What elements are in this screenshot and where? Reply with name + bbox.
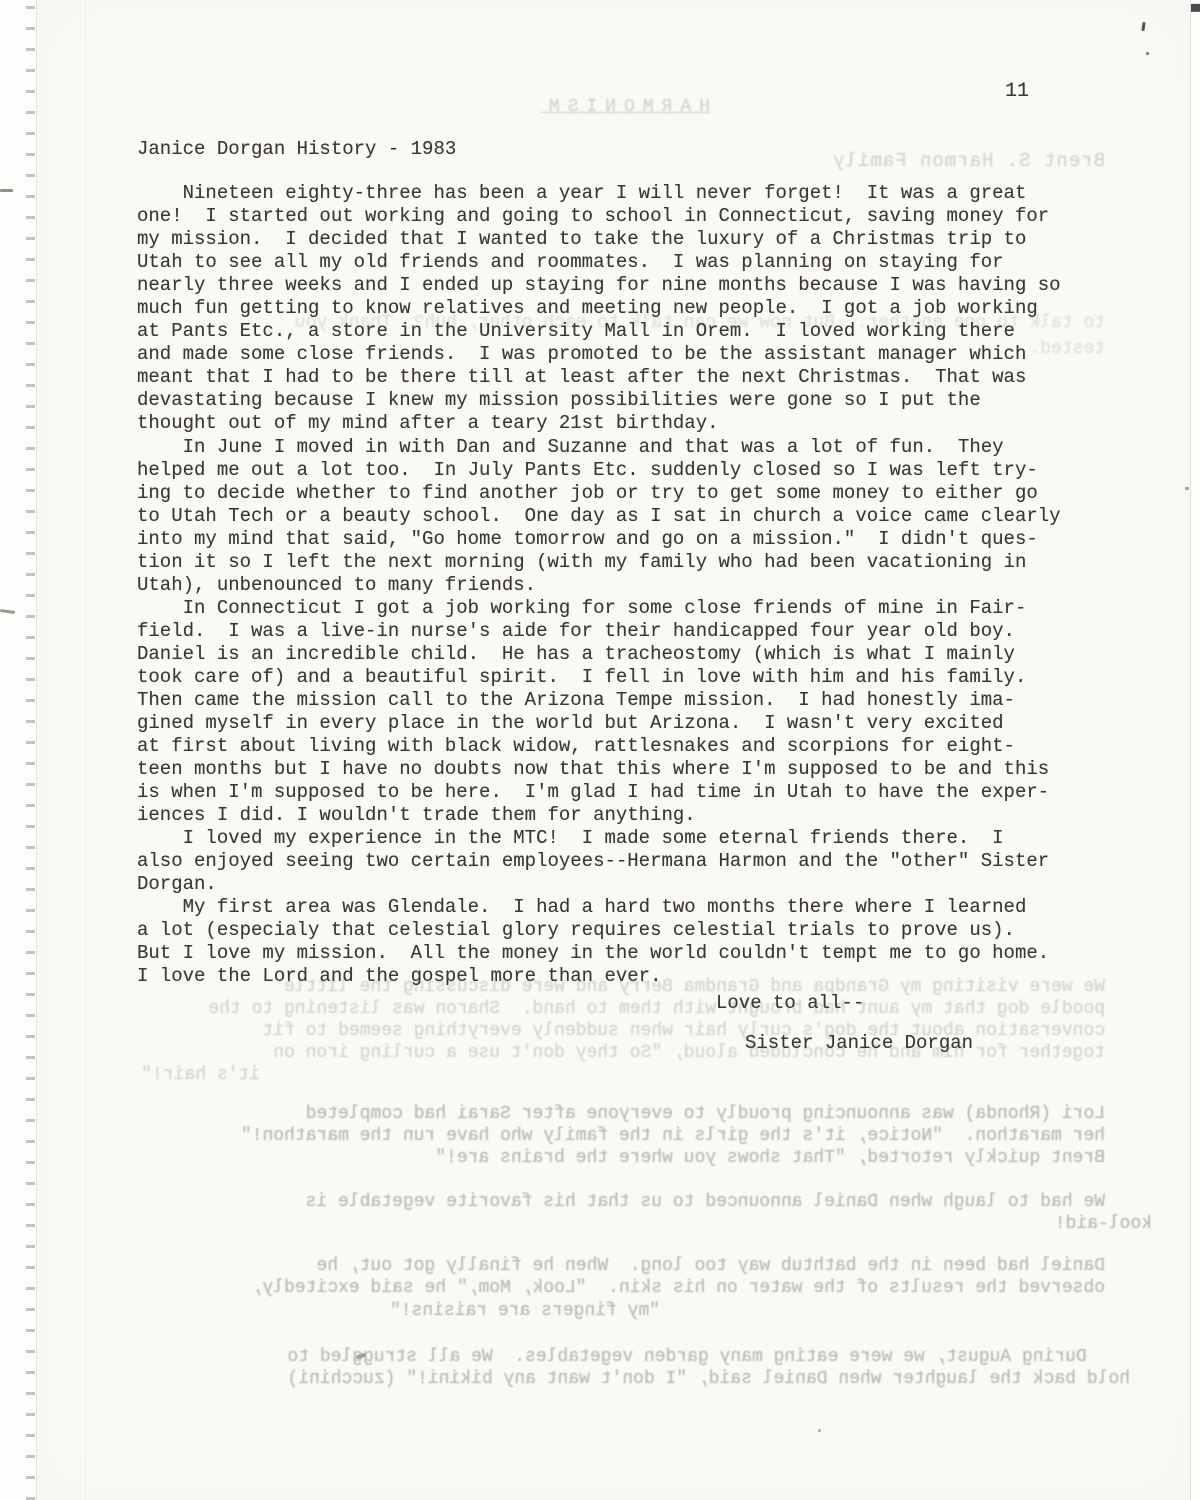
bleedthrough-paragraph: During August, we were eating many garde… — [287, 1346, 1130, 1390]
bleedthrough-paragraph: We had to laugh when Daniel announced to… — [306, 1191, 1105, 1213]
scan-speck — [818, 1429, 821, 1432]
scan-speck — [356, 1353, 367, 1360]
paper: HARMONISM Brent S. Harmon Family to talk… — [37, 0, 1191, 1500]
closing-signature: Sister Janice Dorgan — [745, 1032, 973, 1055]
typed-paragraph: I loved my experience in the MTC! I made… — [137, 827, 1049, 896]
scan-speck — [0, 189, 13, 192]
paper-crease — [85, 0, 86, 1500]
bleedthrough-heading: HARMONISM — [541, 96, 710, 118]
scan-speck — [0, 609, 15, 614]
scan-speck — [1185, 487, 1189, 490]
bleedthrough-paragraph: Lori (Rhonda) was announcing proudly to … — [241, 1103, 1105, 1169]
scan-speck — [1146, 52, 1149, 55]
perforation-strip — [26, 0, 35, 1500]
document-title: Janice Dorgan History - 1983 — [137, 138, 456, 161]
typed-paragraph: My first area was Glendale. I had a hard… — [137, 896, 1049, 988]
bleedthrough-subheading: Brent S. Harmon Family — [832, 150, 1105, 172]
bleedthrough-paragraph-end: it's hair!" — [141, 1064, 260, 1086]
bleedthrough-paragraph: Daniel had been in the bathtub way too l… — [252, 1255, 1105, 1299]
typed-paragraph: In Connecticut I got a job working for s… — [137, 597, 1049, 827]
scan-speck — [1141, 22, 1145, 31]
typed-paragraph: Nineteen eighty-three has been a year I … — [137, 182, 1061, 435]
typed-paragraph: In June I moved in with Dan and Suzanne … — [137, 436, 1061, 597]
bleedthrough-paragraph-end: kool-aid! — [1055, 1213, 1152, 1235]
page-number: 11 — [1005, 80, 1029, 103]
bleedthrough-quote: "my fingers are raisins!" — [390, 1300, 660, 1322]
closing-salutation: Love to all-- — [716, 992, 864, 1015]
